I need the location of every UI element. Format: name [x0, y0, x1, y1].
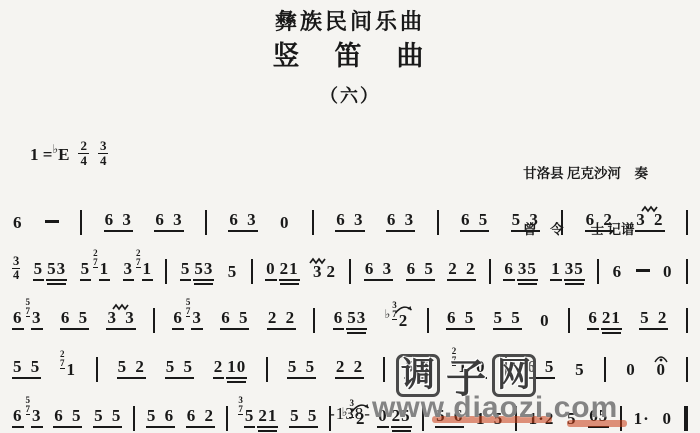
barline	[561, 210, 563, 235]
grace-note-lower: 7	[93, 258, 98, 268]
note-group: 5271	[80, 260, 111, 281]
note: 6 3	[104, 211, 133, 232]
grace-notes: 27	[93, 249, 98, 268]
note-group: 6 2	[585, 211, 614, 232]
note-group: 5 5	[404, 358, 433, 379]
note-group: 32	[312, 263, 337, 281]
note-group: 210	[213, 358, 248, 379]
note: 0	[625, 361, 637, 379]
note: 53	[46, 260, 67, 281]
score-line-3: 65736 53 365736 52 2653♭3726 55 506215 2	[12, 281, 688, 330]
note-group: 621	[587, 309, 622, 330]
note-group: ♭372	[385, 312, 410, 330]
inline-time-signature: 34	[12, 255, 20, 281]
note: 6	[12, 214, 24, 232]
barline	[312, 210, 314, 235]
note: 3 3	[106, 309, 135, 330]
note: 35	[517, 260, 538, 281]
note: 3	[123, 260, 135, 281]
note: 6	[333, 309, 345, 330]
note: 5 3	[511, 211, 540, 232]
note-group: 0	[662, 263, 674, 281]
note-group: 5 5	[12, 358, 41, 379]
sheet-music-page: 彝族民间乐曲 竖 笛 曲 （六） 1 =♭E 2 4 3 4 甘洛县 尼克沙河 …	[0, 0, 700, 433]
note: 6 5	[446, 309, 475, 330]
note: 53	[193, 260, 214, 281]
note-group: 3 2	[635, 211, 664, 232]
flat-icon: ♭	[52, 142, 58, 157]
note-group: 021	[265, 260, 300, 281]
note: 6 3	[154, 211, 183, 232]
time-signature-3-4: 3 4	[98, 139, 109, 167]
note: 1 0	[457, 358, 486, 379]
note-group: 6 5	[460, 211, 489, 232]
barline	[686, 259, 688, 284]
performer-credit: 甘洛县 尼克沙河 奏	[523, 165, 648, 184]
note-group: 6 5	[446, 309, 475, 330]
barline	[266, 357, 268, 382]
note-group: 6 5	[60, 309, 89, 330]
score: 66 36 36 306 36 36 55 36 23 234553527132…	[12, 183, 688, 428]
note: 5	[180, 260, 192, 281]
note: 1	[66, 361, 78, 379]
note-group: 0	[625, 361, 637, 379]
note: 6 3	[228, 211, 257, 232]
note-group: 5 5	[493, 309, 522, 330]
note-group: 635	[503, 260, 538, 281]
barline	[383, 357, 385, 382]
note-group: 6	[12, 214, 24, 232]
note-group: 271 0	[452, 358, 487, 379]
note: 3	[31, 309, 43, 330]
key-scale-degree: 1 =♭E	[30, 145, 69, 165]
trill-icon	[641, 199, 659, 217]
grace-notes: 57	[186, 298, 191, 317]
grace-note-lower: 7	[26, 307, 31, 317]
note: 5	[33, 260, 45, 281]
meter-denominator: 4	[13, 269, 19, 282]
barline	[251, 259, 253, 284]
note: 5 5	[287, 358, 316, 379]
note-group: 6 3	[364, 260, 393, 281]
note: 2 2	[267, 309, 296, 330]
note: 6 5	[220, 309, 249, 330]
note: 6 3	[364, 260, 393, 281]
note-group: 271	[60, 361, 77, 379]
note: 2 2	[447, 260, 476, 281]
note: 0	[662, 263, 674, 281]
page-number: -138-	[0, 404, 700, 424]
grace-notes: 27	[136, 249, 141, 268]
barline	[568, 308, 570, 333]
note: 6 5	[526, 358, 555, 379]
note: 6 5	[460, 211, 489, 232]
note-group: 5 3	[511, 211, 540, 232]
note-group: 135	[550, 260, 585, 281]
note: 5 5	[165, 358, 194, 379]
trill-icon	[309, 251, 327, 269]
note-group: 5	[227, 263, 239, 281]
note: 6	[587, 309, 599, 330]
note: 5	[574, 361, 586, 379]
grace-note-lower: 7	[452, 356, 457, 366]
note-group: 2 2	[267, 309, 296, 330]
note: 2	[398, 312, 410, 330]
note: 2	[326, 263, 338, 281]
piece-title: 竖 笛 曲	[0, 34, 700, 73]
note: 5 5	[404, 358, 433, 379]
note-group: 553	[33, 260, 68, 281]
note: 6 2	[585, 211, 614, 232]
note: 5	[227, 263, 239, 281]
note: 21	[279, 260, 300, 281]
grace-notes: 27	[60, 350, 65, 369]
note-group: 5 2	[639, 309, 668, 330]
note-group: 6 5	[406, 260, 435, 281]
flat-icon: ♭	[385, 307, 391, 322]
note: 10	[226, 358, 247, 379]
barline	[604, 357, 606, 382]
grace-notes: 27	[452, 347, 457, 366]
note-group: 2 2	[447, 260, 476, 281]
barline	[349, 259, 351, 284]
note-group: 0	[656, 361, 668, 379]
note-group: 6 3	[104, 211, 133, 232]
barline	[80, 210, 82, 235]
note-group: 3271	[123, 260, 154, 281]
barline	[437, 210, 439, 235]
note: 0	[279, 214, 291, 232]
barline	[153, 308, 155, 333]
grace-note-lower: 7	[60, 359, 65, 369]
note-group: 0	[539, 312, 551, 330]
barline	[427, 308, 429, 333]
time-signature-2-4: 2 4	[78, 139, 89, 167]
score-line-1: 66 36 36 306 36 36 55 36 23 2	[12, 183, 688, 232]
score-line-2: 34553527132715535021326 36 52 263513560	[12, 232, 688, 281]
note: 6	[503, 260, 515, 281]
note: 5 2	[117, 358, 146, 379]
note: 1	[99, 260, 111, 281]
fermata-icon	[654, 349, 668, 367]
glissando-slur-icon	[394, 300, 413, 318]
note: 5 5	[493, 309, 522, 330]
note: 5	[80, 260, 92, 281]
note: 6	[612, 263, 624, 281]
barline	[205, 210, 207, 235]
note: 6 5	[406, 260, 435, 281]
barline	[165, 259, 167, 284]
note-group: 6573	[172, 309, 203, 330]
note: 3	[191, 309, 203, 330]
note: 2	[213, 358, 225, 379]
note-group: 6 3	[386, 211, 415, 232]
note: 5 2	[639, 309, 668, 330]
barline	[686, 210, 688, 235]
note-group: 0	[279, 214, 291, 232]
meter-numerator: 3	[12, 255, 20, 269]
note: 6 3	[386, 211, 415, 232]
note-group: 6 5	[220, 309, 249, 330]
section-number: （六）	[0, 82, 700, 108]
barline	[686, 357, 688, 382]
note-group: 6 3	[154, 211, 183, 232]
note-group: 6 5	[526, 358, 555, 379]
note: 21	[601, 309, 622, 330]
note-group: 553	[180, 260, 215, 281]
note-group: 653	[333, 309, 368, 330]
note: 6 5	[60, 309, 89, 330]
barline	[505, 357, 507, 382]
page-title: 彝族民间乐曲	[0, 5, 700, 36]
duration-dash	[45, 220, 59, 223]
barline	[313, 308, 315, 333]
note: 0	[265, 260, 277, 281]
note-group: 5 2	[117, 358, 146, 379]
note-group: 2 2	[335, 358, 364, 379]
note-group: 5 5	[287, 358, 316, 379]
grace-note-lower: 7	[186, 307, 191, 317]
note: 6	[12, 309, 24, 330]
note: 6	[172, 309, 184, 330]
note: 1	[142, 260, 154, 281]
barline	[96, 357, 98, 382]
grace-notes: 57	[26, 298, 31, 317]
note-group: 6573	[12, 309, 43, 330]
barline	[686, 308, 688, 333]
grace-note-lower: 7	[136, 258, 141, 268]
note: 53	[346, 309, 367, 330]
note: 0	[656, 361, 668, 379]
note-group: 5	[574, 361, 586, 379]
duration-dash	[636, 269, 650, 272]
note-group: 6	[612, 263, 624, 281]
note: 1	[550, 260, 562, 281]
note: 0	[539, 312, 551, 330]
score-line-4: 5 52715 25 52105 52 25 5271 06 5500	[12, 330, 688, 379]
note-group: 3 3	[106, 309, 135, 330]
barline	[597, 259, 599, 284]
note: 2 2	[335, 358, 364, 379]
note-group: 6 3	[335, 211, 364, 232]
note: 3	[312, 263, 324, 281]
note-group: 6 3	[228, 211, 257, 232]
note: 5 5	[12, 358, 41, 379]
barline	[489, 259, 491, 284]
note: 3 2	[635, 211, 664, 232]
note: 6 3	[335, 211, 364, 232]
note-group: 5 5	[165, 358, 194, 379]
trill-icon	[112, 297, 130, 315]
key-signature-row: 1 =♭E 2 4 3 4	[30, 137, 108, 165]
note: 35	[564, 260, 585, 281]
